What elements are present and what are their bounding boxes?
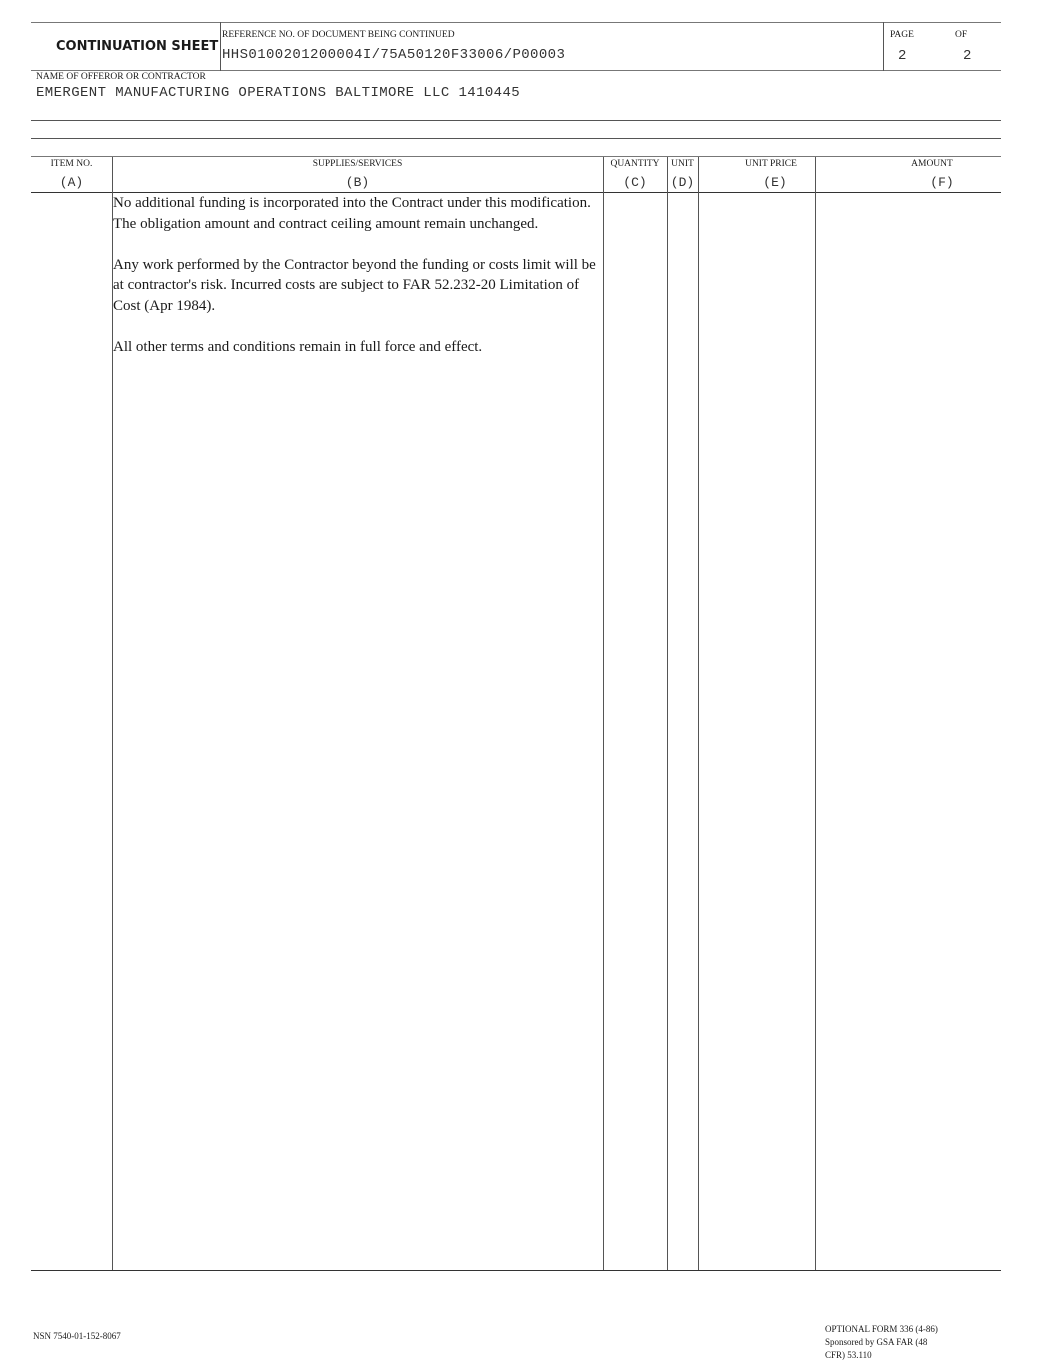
table-bottom-rule (31, 1270, 1001, 1271)
column-divider-b-c (603, 157, 604, 1270)
column-header-item-no: ITEM NO. (31, 159, 112, 169)
reference-value: HHS0100201200004I/75A50120F33006/P00003 (222, 47, 565, 63)
offeror-rule-2 (31, 138, 1001, 139)
header-divider-title (220, 22, 221, 71)
supplies-paragraph: Any work performed by the Contractor bey… (113, 255, 601, 317)
reference-label: REFERENCE NO. OF DOCUMENT BEING CONTINUE… (222, 30, 455, 40)
form-title: CONTINUATION SHEET (56, 39, 218, 54)
column-header-quantity: QUANTITY (603, 159, 667, 169)
column-header-supplies: SUPPLIES/SERVICES (112, 159, 603, 169)
column-header-amount: AMOUNT (815, 159, 1049, 169)
column-code-a: (A) (31, 175, 112, 190)
column-divider-c-d (667, 157, 668, 1270)
header-bottom-rule (31, 70, 1001, 71)
supplies-description: No additional funding is incorporated in… (113, 193, 601, 378)
form-info-line-3: CFR) 53.110 (825, 1349, 965, 1362)
column-code-c: (C) (603, 175, 667, 190)
supplies-paragraph: All other terms and conditions remain in… (113, 337, 601, 358)
page-total: 2 (963, 48, 972, 64)
offeror-rule-1 (31, 120, 1001, 121)
column-code-b: (B) (112, 175, 603, 190)
form-info-line-2: Sponsored by GSA FAR (48 (825, 1336, 965, 1349)
header-divider-page (883, 22, 884, 71)
page-label: PAGE (890, 30, 914, 40)
column-code-d: (D) (667, 175, 698, 190)
of-label: OF (955, 30, 967, 40)
nsn-number: NSN 7540-01-152-8067 (33, 1330, 121, 1343)
column-header-unit-price: UNIT PRICE (712, 159, 830, 169)
supplies-paragraph: No additional funding is incorporated in… (113, 193, 601, 234)
offeror-label: NAME OF OFFEROR OR CONTRACTOR (36, 72, 206, 82)
column-divider-e-f (815, 157, 816, 1270)
form-info: OPTIONAL FORM 336 (4-86) Sponsored by GS… (825, 1323, 965, 1362)
column-header-unit: UNIT (667, 159, 698, 169)
form-info-line-1: OPTIONAL FORM 336 (4-86) (825, 1323, 965, 1336)
header-top-rule (31, 22, 1001, 23)
column-divider-d-e (698, 157, 699, 1270)
table-top-rule (31, 156, 1001, 157)
offeror-name: EMERGENT MANUFACTURING OPERATIONS BALTIM… (36, 85, 520, 101)
column-code-f: (F) (815, 175, 1055, 190)
page-number: 2 (898, 48, 907, 64)
